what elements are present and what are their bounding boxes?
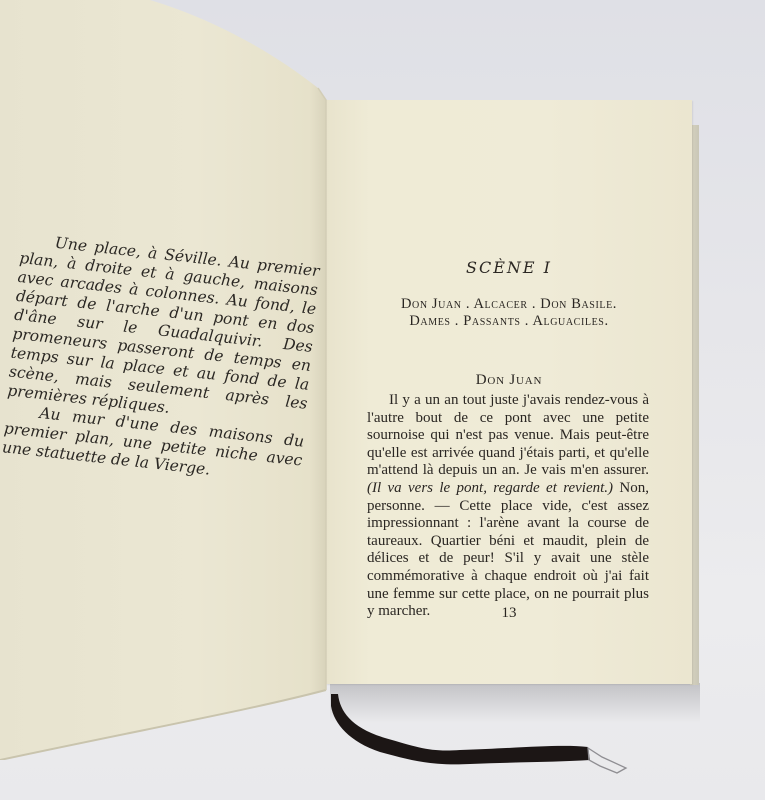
- ribbon-bookmark-icon: [0, 0, 765, 800]
- book-photo: Une place, à Séville. Au premier plan, à…: [0, 0, 765, 800]
